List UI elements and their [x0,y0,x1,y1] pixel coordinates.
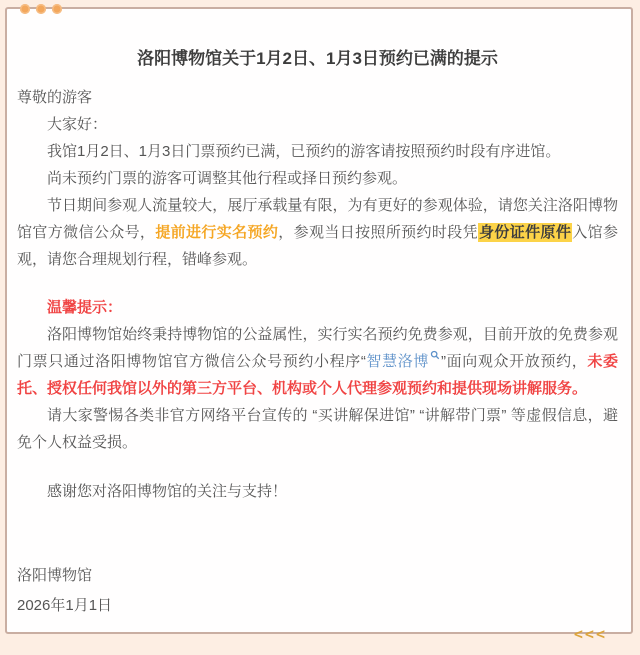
paragraph-reservation-full: 我馆1月2日、1月3日门票预约已满，已预约的游客请按照预约时段有序进馆。 [17,138,618,165]
miniprogram-name: 智慧洛博 [366,353,429,370]
decorative-dots-icon [20,4,62,14]
paragraph-beware-scams: 请大家警惕各类非官方网络平台宣传的 “买讲解保进馆” “讲解带门票” 等虚假信息… [17,402,618,456]
id-document-highlight: 身份证件原件 [478,223,572,242]
signature-block: 洛阳博物馆 2026年1月1日 [17,561,618,621]
signature-name: 洛阳博物馆 [17,561,610,591]
paragraph-official-channel: 洛阳博物馆始终秉持博物馆的公益属性，实行实名预约免费参观，目前开放的免费参观门票… [17,321,618,402]
notice-page: 洛阳博物馆关于1月2日、1月3日预约已满的提示 尊敬的游客 大家好： 我馆1月2… [0,7,640,655]
paragraph-adjust-plans: 尚未预约门票的游客可调整其他行程或择日预约参观。 [17,165,618,192]
dot-icon [52,4,62,14]
dot-icon [20,4,30,14]
search-icon [430,350,440,360]
official-channel-text: ”面向观众开放预约， [441,353,587,370]
paragraph-thanks: 感谢您对洛阳博物馆的关注与支持！ [17,478,618,505]
dot-icon [36,4,46,14]
signature-date: 2026年1月1日 [17,591,610,621]
chevrons-icon: <<< [574,625,607,643]
holiday-notice-text: ，参观当日按照所预约时段凭 [278,224,478,241]
salutation: 尊敬的游客 [17,84,618,111]
realname-reservation-emphasis: 提前进行实名预约 [155,224,278,241]
notice-title: 洛阳博物馆关于1月2日、1月3日预约已满的提示 [17,47,618,71]
tips-heading: 温馨提示： [17,294,618,321]
notice-card: 洛阳博物馆关于1月2日、1月3日预约已满的提示 尊敬的游客 大家好： 我馆1月2… [5,7,633,634]
greeting: 大家好： [17,111,618,138]
paragraph-holiday-notice: 节日期间参观人流量较大，展厅承载量有限，为有更好的参观体验，请您关注洛阳博物馆官… [17,192,618,273]
